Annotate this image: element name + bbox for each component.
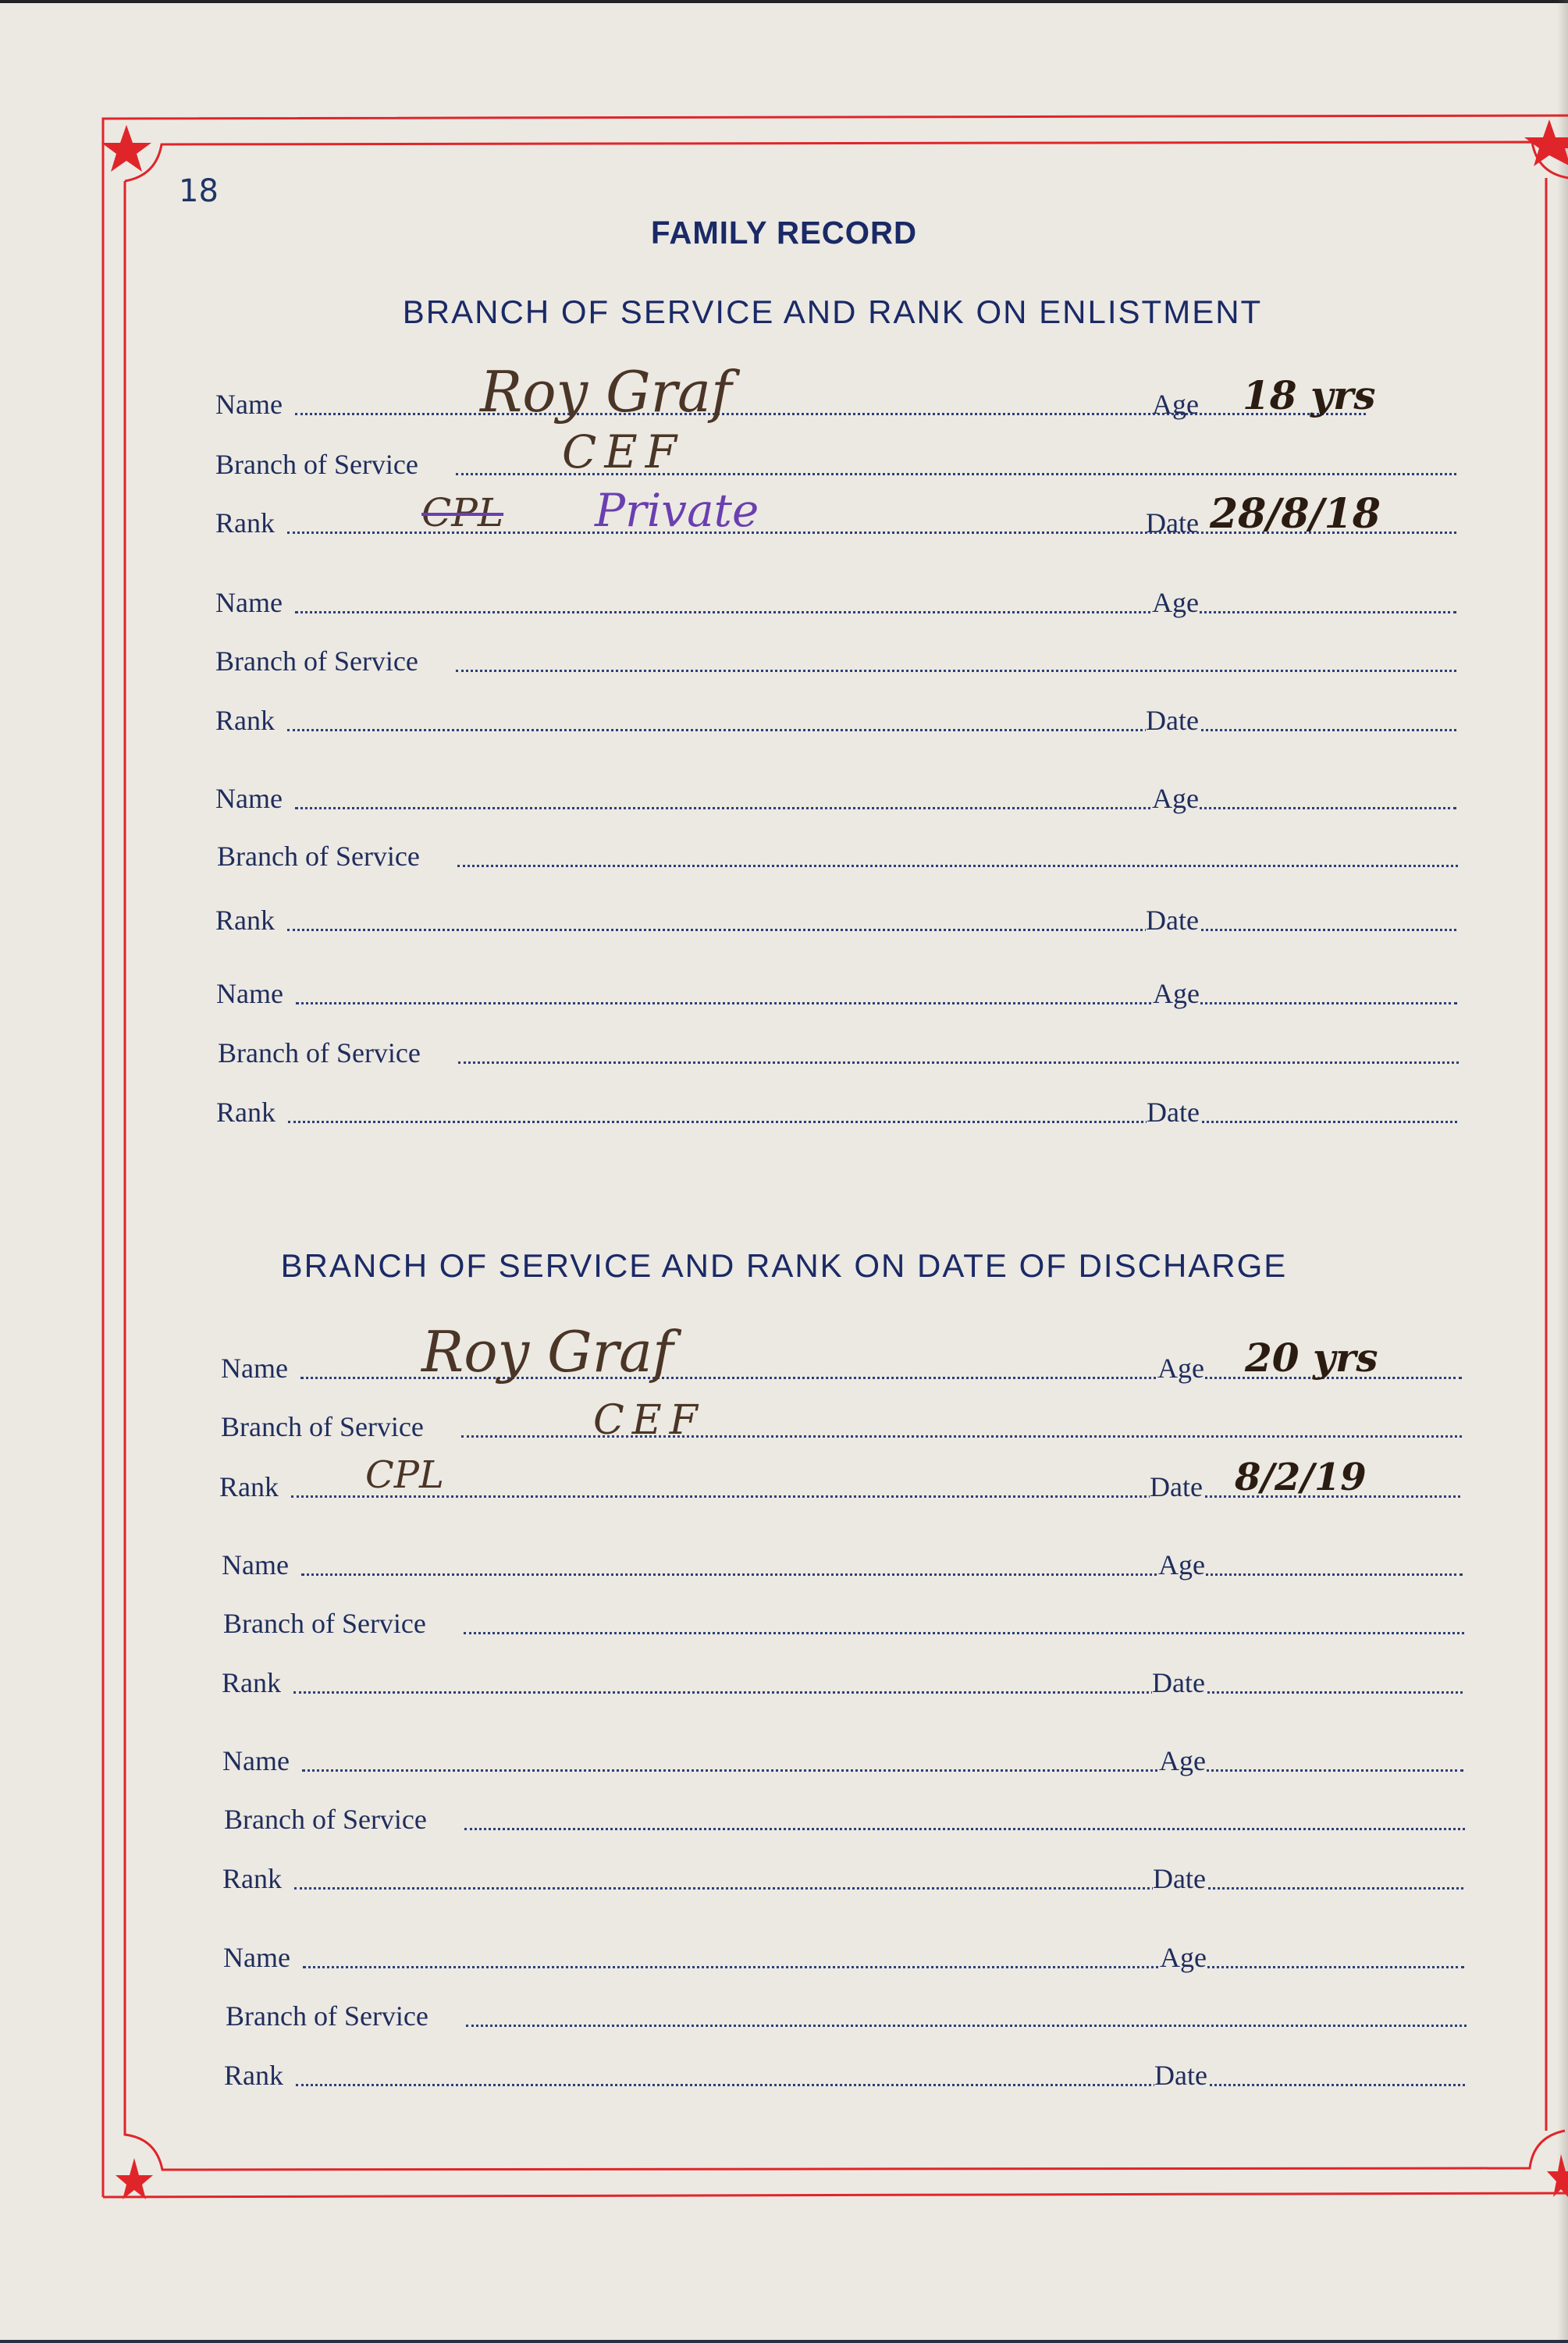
branch-label: Branch of Service [224,1804,427,1835]
branch-field-line[interactable] [464,1828,1465,1830]
branch-row: Branch of Service [217,841,1458,872]
rank-field-line[interactable] [294,1887,1463,1890]
branch-field-line[interactable] [464,1632,1464,1634]
handwritten-rank-struck: CPL [421,490,503,535]
age-label: Age [1160,1942,1207,1973]
name-label: Name [222,1745,290,1776]
name-field-line[interactable] [302,1769,1463,1772]
name-field-line[interactable] [295,413,1366,415]
handwritten-name: Roy Graf [421,1319,674,1385]
age-label: Age [1152,587,1199,618]
date-label: Date [1150,1471,1203,1502]
handwritten-date: 28/8/18 [1210,490,1381,538]
rank-label: Rank [215,705,275,736]
name-label: Name [216,978,283,1009]
date-label: Date [1152,1667,1205,1698]
decorative-border [0,0,1568,2343]
name-field-line[interactable] [301,1573,1463,1576]
handwritten-age: 20 yrs [1245,1335,1378,1381]
date-label: Date [1147,1097,1200,1128]
rank-field-line[interactable] [288,1121,1457,1123]
handwritten-branch: CEF [593,1397,706,1444]
branch-field-line[interactable] [456,670,1456,672]
name-label: Name [221,1353,288,1384]
rank-label: Rank [219,1471,279,1502]
branch-field-line[interactable] [457,865,1458,867]
handwritten-rank: Private [595,484,759,537]
name-row: Name Age [222,1745,1463,1776]
name-row: Name Age [223,1942,1464,1973]
branch-label: Branch of Service [218,1037,421,1068]
name-label: Name [215,389,283,420]
branch-row: Branch of Service [218,1037,1459,1068]
discharge-heading: BRANCH OF SERVICE AND RANK ON DATE OF DI… [0,1247,1568,1285]
rank-field-line[interactable] [287,729,1456,731]
handwritten-rank: CPL [365,1453,444,1497]
name-label: Name [215,587,283,618]
branch-label: Branch of Service [223,1608,426,1639]
branch-field-line[interactable] [466,2025,1467,2027]
date-label: Date [1153,1863,1206,1894]
branch-label: Branch of Service [226,2000,428,2032]
handwritten-date: 8/2/19 [1235,1456,1367,1499]
handwritten-branch: CEF [562,425,684,478]
date-label: Date [1146,905,1199,936]
branch-row: Branch of Service [215,449,1456,480]
name-field-line[interactable] [303,1966,1464,1968]
age-label: Age [1153,978,1200,1009]
name-label: Name [222,1549,289,1580]
branch-label: Branch of Service [217,841,420,872]
age-label: Age [1152,783,1199,814]
name-row: Name Age [222,1549,1463,1580]
branch-row: Branch of Service [221,1411,1462,1442]
age-label: Age [1157,1353,1204,1384]
rank-field-line[interactable] [293,1691,1463,1694]
branch-row: Branch of Service [215,645,1456,677]
rank-row: Rank Date [222,1863,1463,1894]
date-label: Date [1154,2060,1207,2091]
name-field-line[interactable] [295,807,1456,809]
date-label: Date [1146,507,1199,539]
rank-label: Rank [222,1667,281,1698]
rank-label: Rank [215,507,275,539]
handwritten-age: 18 yrs [1243,372,1376,418]
name-field-line[interactable] [296,1002,1457,1004]
branch-field-line[interactable] [458,1061,1459,1064]
name-row: Name Age [215,783,1456,814]
rank-label: Rank [215,905,275,936]
date-label: Date [1146,705,1199,736]
age-label: Age [1158,1549,1205,1580]
rank-row: Rank Date [216,1097,1457,1128]
rank-row: Rank Date [224,2060,1465,2091]
rank-field-line[interactable] [287,929,1456,931]
rank-label: Rank [224,2060,283,2091]
page-number: 18 [179,173,219,209]
branch-row: Branch of Service [223,1608,1464,1639]
page-title: FAMILY RECORD [16,215,1552,251]
rank-label: Rank [216,1097,276,1128]
branch-row: Branch of Service [226,2000,1467,2032]
name-label: Name [215,783,283,814]
name-field-line[interactable] [295,611,1456,613]
handwritten-name: Roy Graf [480,359,732,425]
branch-label: Branch of Service [215,449,418,480]
rank-row: Rank Date [222,1667,1463,1698]
branch-row: Branch of Service [224,1804,1465,1835]
rank-field-line[interactable] [296,2084,1465,2086]
rank-row: Rank Date [215,705,1456,736]
name-row: Name Age [215,587,1456,618]
enlistment-heading: BRANCH OF SERVICE AND RANK ON ENLISTMENT [48,293,1568,331]
age-label: Age [1159,1745,1206,1776]
branch-label: Branch of Service [215,645,418,677]
name-row: Name Age [216,978,1457,1009]
rank-label: Rank [222,1863,282,1894]
branch-label: Branch of Service [221,1411,424,1442]
name-label: Name [223,1942,290,1973]
rank-row: Rank Date [215,905,1456,936]
age-label: Age [1152,389,1199,420]
